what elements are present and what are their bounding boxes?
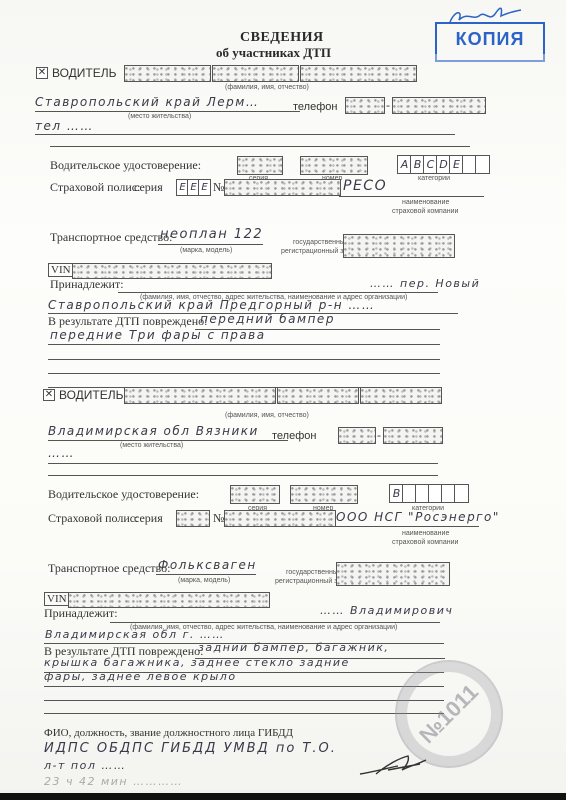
phone-number-field[interactable]	[392, 97, 486, 114]
plate-field[interactable]	[343, 234, 455, 258]
make-model-caption: (марка, модель)	[180, 247, 232, 254]
driver-name-field[interactable]	[277, 387, 359, 404]
damage-line: передние Три фары с права	[50, 328, 266, 342]
driver-patronymic-field[interactable]	[360, 387, 442, 404]
officer-line3: 23 ч 42 мин …………	[44, 775, 183, 788]
vehicle-model: Фольксваген	[158, 558, 257, 572]
copy-stamp-frame	[435, 52, 545, 62]
license-number-field[interactable]	[300, 156, 368, 175]
insurer-caption-2: страховой компании	[392, 208, 458, 215]
categories-caption: категории	[418, 175, 450, 182]
vehicle-label: Транспортное средство:	[50, 230, 172, 245]
document-subtitle: об участниках ДТП	[216, 45, 331, 61]
full-name-caption: (фамилия, имя, отчество)	[225, 412, 309, 419]
insurer-caption-2: страховой компании	[392, 539, 458, 546]
category-box[interactable]	[475, 155, 490, 174]
driver-label: ВОДИТЕЛЬ	[59, 388, 124, 402]
vehicle-label: Транспортное средство:	[48, 561, 170, 576]
phone-label: телефон	[272, 430, 316, 442]
insurance-number-field[interactable]	[224, 179, 341, 196]
document-title: СВЕДЕНИЯ	[240, 30, 324, 46]
damage-line: передний бампер	[200, 312, 335, 326]
residence-line1: Ставропольский край Лерм…	[35, 95, 259, 109]
license-number-field[interactable]	[290, 485, 358, 504]
officer-signature-icon	[358, 752, 428, 778]
officer-label: ФИО, должность, звание должностного лица…	[44, 727, 293, 739]
owner-label: Принадлежит:	[50, 277, 124, 292]
vin-label: VIN	[48, 263, 74, 277]
driver-name-field[interactable]	[212, 65, 299, 82]
damage-label: В результате ДТП повреждено:	[48, 314, 208, 329]
vehicle-model: неоплан 122	[160, 227, 263, 242]
category-box[interactable]	[454, 484, 469, 503]
full-name-caption: (фамилия, имя, отчество)	[225, 84, 309, 91]
owner-line2: Владимирская обл г. ……	[45, 628, 225, 641]
scan-edge	[0, 793, 566, 800]
officer-line2: л-т пол ……	[44, 759, 126, 772]
phone-code-field[interactable]	[338, 427, 376, 444]
residence-line2: ……	[48, 446, 75, 460]
owner-line1: …… Владимирович	[320, 604, 453, 617]
license-label: Водительское удостоверение:	[50, 158, 201, 173]
plate-caption-1: государственный	[286, 569, 342, 576]
owner-label: Принадлежит:	[44, 606, 118, 621]
plate-caption-1: государственный	[293, 239, 349, 246]
officer-line1: ИДПС ОБДПС ГИБДД УМВД по Т.О.	[44, 741, 337, 756]
owner-line2: Ставропольский край Предгорный р-н ……	[48, 298, 375, 312]
driver-surname-name-field[interactable]	[124, 387, 276, 404]
insurance-series-label: серия	[134, 511, 163, 526]
insurer-name: РЕСО	[343, 178, 387, 194]
phone-code-field[interactable]	[345, 97, 385, 114]
residence-caption: (место жительства)	[120, 442, 183, 449]
owner-line1: …… пер. Новый	[370, 277, 480, 290]
driver-checkbox[interactable]: ✕	[36, 67, 48, 79]
license-series-field[interactable]	[230, 485, 280, 504]
driver-label: ВОДИТЕЛЬ	[52, 66, 117, 80]
phone-label: телефон	[293, 101, 337, 113]
make-model-caption: (марка, модель)	[178, 577, 230, 584]
damage-line: фары, заднее левое крыло	[44, 670, 237, 683]
vin-label: VIN	[44, 592, 70, 606]
license-label: Водительское удостоверение:	[48, 487, 199, 502]
residence-line1: Владимирская обл Вязники	[48, 424, 259, 438]
driver-patronymic-field[interactable]	[300, 65, 417, 82]
insurance-label: Страховой полис:	[50, 180, 140, 195]
damage-line: крышка багажника, заднее стекло задние	[44, 656, 350, 669]
license-series-field[interactable]	[237, 156, 283, 175]
insurer-caption-1: наименование	[402, 530, 449, 537]
phone-number-field[interactable]	[383, 427, 443, 444]
damage-line: задний бампер, багажник,	[198, 641, 389, 654]
residence-line2: тел ……	[35, 119, 94, 133]
document-page: КОПИЯ СВЕДЕНИЯ об участниках ДТП ✕ ВОДИТ…	[0, 0, 566, 800]
insurance-series-box[interactable]: Е	[198, 179, 211, 196]
copy-stamp: КОПИЯ	[435, 22, 545, 54]
residence-caption: (место жительства)	[128, 113, 191, 120]
driver-surname-field[interactable]	[124, 65, 211, 82]
insurance-number-field[interactable]	[224, 510, 336, 527]
number-sign: №	[213, 180, 224, 195]
insurer-caption-1: наименование	[402, 199, 449, 206]
driver-checkbox[interactable]: ✕	[43, 389, 55, 401]
insurer-name: ООО НСГ "Росэнерго"	[336, 510, 500, 524]
plate-field[interactable]	[336, 562, 450, 586]
insurance-series-field[interactable]	[176, 510, 210, 527]
number-sign: №	[213, 511, 224, 526]
insurance-label: Страховой полис:	[48, 511, 138, 526]
insurance-series-label: серия	[134, 180, 163, 195]
